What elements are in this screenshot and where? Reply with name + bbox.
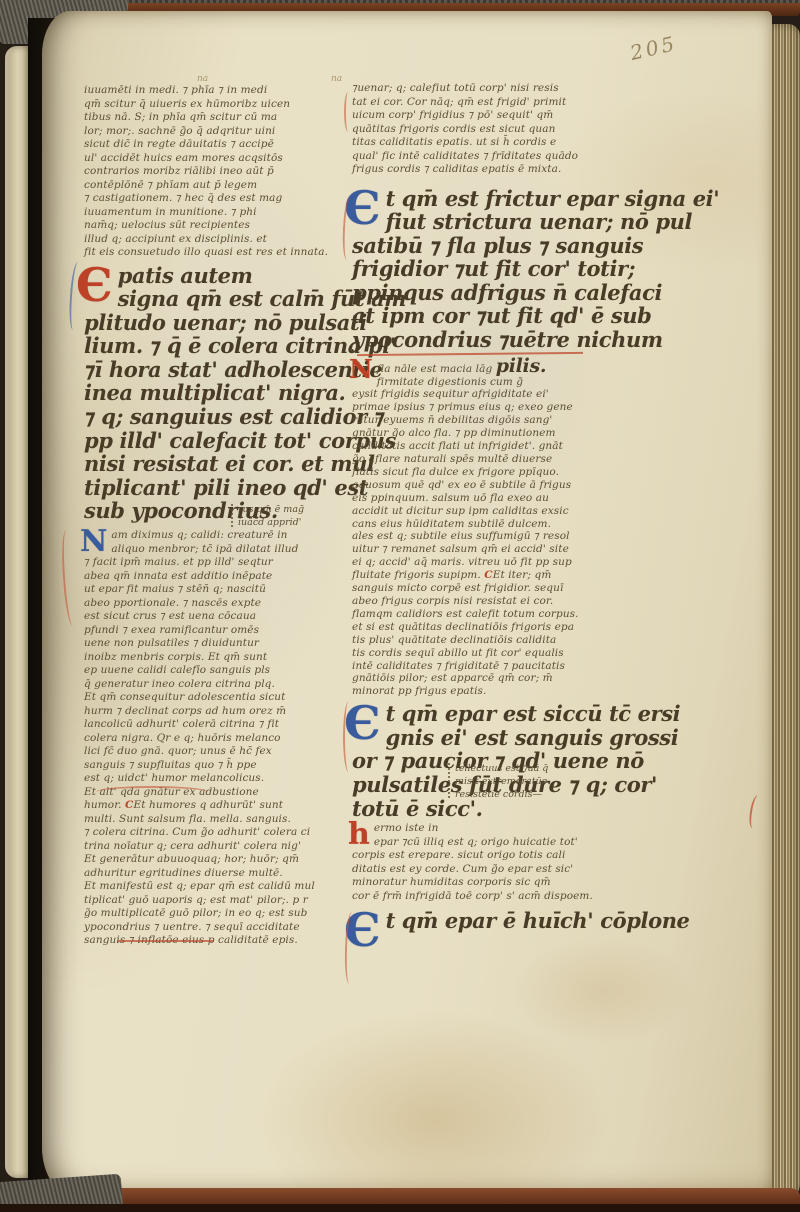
text-block-left-2: Є patis autemsigna qm̄ est calm̄ fūt amp… [84,264,352,524]
manuscript-text-line: ⁊ castigationem. ⁊ hec q̄ des est mag [84,192,352,206]
text-lines: ermo iste inepar ⁊cū illiq est q; origo … [352,822,644,903]
manuscript-text-line: intē caliditates ⁊ frigiditatē ⁊ paucita… [352,660,644,673]
manuscript-text-line: ditatis est ey corde. Cum g̃o epar est s… [352,863,644,877]
manuscript-text-line: aliquo menbror; tc̄ ipā dilatat illud [84,543,352,557]
manuscript-text-line: ⁊ colera citrina. Cum g̃o adhurit' coler… [84,826,352,840]
manuscript-text-line: t qm̄ epar ē huīch' cōplone [352,909,644,933]
manuscript-text-line: tiplicat' guō uaporis q; est mat' pilor;… [84,894,352,908]
manuscript-text-line: fit eis consuetudo illo quasi est res et… [84,246,352,260]
text-lines: patis autemsigna qm̄ est calm̄ fūt ampli… [84,264,352,524]
manuscript-text-line: plitudo uenar; nō pulsati [84,311,352,335]
manuscript-text-line: uene non pulsatiles ⁊ diuiduntur [84,637,352,651]
manuscript-text-line: ut epar fit maius ⁊ stēn̄ q; nascitū [84,583,352,597]
manuscript-text-line: caliditatis accit flati ut infrigidet'. … [352,440,644,453]
manuscript-text-line: corpis est erepare. sicut origo totis ca… [352,849,644,863]
manuscript-text-line: ales est q; subtile eius suffumigū ⁊ res… [352,530,644,543]
manuscript-text-line: contrarios moribz riālibi ineo aūt p̄ [84,165,352,179]
manuscript-text-line: signa qm̄ est calm̄ fūt am [84,287,352,311]
text-block-right-6: Є t qm̄ epar ē huīch' cōplone [352,909,644,933]
superscript-annotation: na [197,74,208,84]
manuscript-text-line: titas caliditatis epatis. ut si h̄ cordi… [352,136,644,150]
manuscript-text-line: iuuamēti in medi. ⁊ phīa ⁊ in medi [84,84,352,98]
text-fragment: fluitate frigoris supipm. [352,569,484,581]
manuscript-text-line: cans eius hūiditatem subtilē dulcem. [352,518,644,531]
manuscript-text-line: sanguis micto corpē est frigidior. sequī [352,582,644,595]
manuscript-text-line: satibū ⁊ fla plus ⁊ sanguis [352,234,644,258]
manuscript-text-line: quātitas frigoris cordis est sicut quan [352,123,644,137]
manuscript-text-line: hurm ⁊ declinat corps ad hum orez m̄ [84,705,352,719]
manuscript-text-line: eysit frigidis sequitur afrigiditate ei' [352,388,644,401]
text-block-right-3: N fla nāle est macia lāg pilis.firmitate… [352,360,644,699]
manuscript-text-line: iuuamentum in munitione. ⁊ phi [84,206,352,220]
illuminated-initial-red-H: h [348,823,370,848]
manuscript-text-line: ep uuene calidi calefīo sanguis pls [84,664,352,678]
manuscript-text-line: qual' fic intē caliditates ⁊ frīditates … [352,150,644,164]
text-fragment: humor. [84,799,125,811]
manuscript-text-line: g̃o multiplicatē guō pilor; in eo q; est… [84,907,352,921]
manuscript-text-line: inoibz menbris corpis. Et qm̄ sunt [84,651,352,665]
fore-edge-page-stack [768,24,800,1200]
text-block-left-1: iuuamēti in medi. ⁊ phīa ⁊ in mediqm̄ sc… [84,84,352,260]
manuscript-text-line: est sicut crus ⁊ est uena cōcaua [84,610,352,624]
manuscript-text-line: illud q; accipiunt ex disciplinis. et [84,233,352,247]
manuscript-text-line: sicut dic̄ in regte dāuitatis ⁊ accipē [84,138,352,152]
manuscript-text-line: accidit ut dicitur sup ipm caliditas exs… [352,505,644,518]
manuscript-text-line: inea multiplicat' nigra. [84,381,352,405]
manuscript-text-line: cor ē frm̄ infrigidā toē corp' s' acm̄ d… [352,890,644,904]
manuscript-text-line: fla nāle est macia lāg pilis. [352,360,644,376]
manuscript-text-line: q̄ generatur ineo colera citrina plq. [84,678,352,692]
manuscript-text-line: ⁊uenar; q; calefiut totū corp' nisi resi… [352,82,644,96]
manuscript-text-line: et si est quātitas declinatiōis frigoris… [352,621,644,634]
manuscript-text-line: tiplicant' pili ineo qd' est [84,476,352,500]
manuscript-text-line: nisi resistat ei cor. et mul [84,452,352,476]
manuscript-text-line: ei q; accid' aq̄ maris. vitreu uō fit pp… [352,556,644,569]
manuscript-text-line: firmitate digestionis cum g̃ [352,376,644,389]
text-block-right-5: h ermo iste inepar ⁊cū illiq est q; orig… [352,822,644,903]
rubric-underline [118,940,214,942]
manuscript-text-line: t qm̄ est frictur epar signa ei' [352,187,644,211]
text-block-left-3: N am diximus q; calidi: creaturē inaliqu… [84,529,352,948]
manuscript-text-line: colera nigra. Qr e q; huōris melanco [84,732,352,746]
manuscript-text-line: misit extremoratūe [455,775,625,788]
text-lines: t qm̄ est frictur epar signa ei'fiut str… [352,187,644,352]
manuscript-text-line: lor; mor;. sachnē g̃o q̄ adqritur uini [84,125,352,139]
manuscript-text-line: sanguis ⁊ supfluitas quo ⁊ h̄ ppe [84,759,352,773]
capitulum-mark: C [125,799,133,811]
manuscript-text-line: multi. Sunt salsum fla. mella. sanguis. [84,813,352,827]
capitulum-mark: C [484,569,492,581]
text-lines: tellectuus est ⁊uā q̄misit extremoratūer… [455,762,625,801]
manuscript-text-line: frigus cordis ⁊ caliditas epatis ē mixta… [352,163,644,177]
manuscript-text-line: lium. ⁊ q̄ ē colera citrina pl' [84,334,352,358]
illuminated-initial-red-N: N [349,360,373,381]
manuscript-text-line: abeo pportionale. ⁊ nascēs expte [84,597,352,611]
manuscript-text-line: frigidior ⁊ut fit cor' totir; [352,257,644,281]
right-text-column: ⁊uenar; q; calefiut totū corp' nisi resi… [352,82,644,950]
text-fragment: Et iter; qm̄ [493,569,552,581]
manuscript-text-line: Et manifestū est q; epar qm̄ est calidū … [84,880,352,894]
manuscript-text-line: iuāc̄d apprid' [238,516,356,529]
text-lines: fla nāle est macia lāg pilis.firmitate d… [352,360,644,699]
text-lines: iuuamēti in medi. ⁊ phīa ⁊ in mediqm̄ sc… [84,84,352,260]
emphasized-word: pilis. [496,355,546,377]
manuscript-text-line: tat ei cor. Cor nāq; qm̄ est frigid' pri… [352,96,644,110]
text-block-right-2: Є t qm̄ est frictur epar signa ei'fiut s… [352,187,644,352]
manuscript-text-line: uitur ⁊ remanet salsum qm̄ ei accid' sit… [352,543,644,556]
superscript-annotation: na [331,74,342,84]
manuscript-text-line: ypocondrius ⁊ uentre. ⁊ sequī acciditate [84,921,352,935]
manuscript-text-line: tis plus' quātitate declinatiōis calidit… [352,634,644,647]
pen-flourish-red [344,92,352,132]
manuscript-text-line: flatis sicut fla dulce ex frigore ppīquo… [352,466,644,479]
manuscript-text-line: nam̄q; uelocius sūt recipientes [84,219,352,233]
manuscript-text-line: g̃o aflare naturali spēs multē diuerse [352,453,644,466]
manuscript-text-line: ⁊ī hora stat' adholescentie [84,358,352,382]
manuscript-text-line: at ipm cor ⁊ut fit qd' ē sub [352,304,644,328]
manuscript-text-line: fiut strictura uenar; nō pul [352,210,644,234]
manuscript-text-line: trina noīatur q; cera adhurit' colera ni… [84,840,352,854]
manuscript-text-line: pfundi ⁊ exea ramificantur omēs [84,624,352,638]
manuscript-text-line: tis cordis sequī abillo ut fit cor' equa… [352,647,644,660]
manuscript-text-line: abea qm̄ innata est additio inēpate [84,570,352,584]
manuscript-text-line: contēplōnē ⁊ phīam aut p̄ legem [84,179,352,193]
rubric-swash [96,786,208,798]
manuscript-text-line: qm̄ scitur q̄ uiueris ex hūmoribz uicen [84,98,352,112]
manuscript-text-line: ul' accidēt huics eam mores acqsitōs [84,152,352,166]
manuscript-text-line: ppinqus adfrigus n̄ calefaci [352,281,644,305]
manuscript-text-line: epar ⁊cū illiq est q; origo huicatie tot… [352,836,644,850]
manuscript-text-line: minoratur humiditas corporis sic qm̄ [352,876,644,890]
manuscript-text-line: ermo iste in [352,822,644,836]
marginal-note: rus qm̄ ē mag̃iuāc̄d apprid' [238,503,356,529]
manuscript-text-line: ratur eyuems n̄ debilitas digōis sang' [352,414,644,427]
manuscript-text-line: flamqm calidiors est calefit totum corpu… [352,608,644,621]
manuscript-text-line: ypocondrius ⁊uētre nichum [352,328,644,352]
manuscript-text-line: Et generātur abuuoquaq; hor; huōr; qm̄ [84,853,352,867]
manuscript-text-line: tellectuus est ⁊uā q̄ [455,762,625,775]
manuscript-text-line: pp illd' calefacit tot' corpus [84,429,352,453]
bottom-shadow [0,1204,800,1212]
illuminated-initial-blue-N: N [80,530,107,555]
manuscript-text-line: gnātur g̃o alco fla. ⁊ pp diminutionem [352,427,644,440]
text-lines: am diximus q; calidi: creaturē inaliquo … [84,529,352,948]
manuscript-text-line: ⁊ q; sanguius est calidior ⁊ [84,405,352,429]
text-lines: rus qm̄ ē mag̃iuāc̄d apprid' [238,503,356,529]
manuscript-photo: 205 na na iuuamēti in medi. ⁊ phīa ⁊ in … [0,0,800,1212]
manuscript-text-line: t qm̄ epar est siccū tc̄ ersi [352,702,644,726]
manuscript-text-line: humor. CEt humores q adhurūt' sunt [84,799,352,813]
manuscript-text-line: tibus nā. S; in phīa qm̄ scitur cū ma [84,111,352,125]
manuscript-text-line: am diximus q; calidi: creaturē in [84,529,352,543]
manuscript-text-line: Et qm̄ consequitur adolescentia sicut [84,691,352,705]
manuscript-text-line: est q; uidct' humor melancolicus. [84,772,352,786]
manuscript-text-line: lici fc̄ duo gnā. quor; unus ē hc̄ fex [84,745,352,759]
text-fragment: Et humores q adhurūt' sunt [134,799,284,811]
manuscript-text-line: fluitate frigoris supipm. CEt iter; qm̄ [352,569,644,582]
manuscript-text-line: ⁊ facit ipm̄ maius. et pp illd' seqtur [84,556,352,570]
manuscript-text-line: patis autem [84,264,352,288]
manuscript-text-line: resistētie cordis— [455,788,625,801]
manuscript-text-line: abeo frigus corpis nisi resistat ei cor. [352,595,644,608]
manuscript-text-line: primae ipsius ⁊ primus eius q; exeo gene [352,401,644,414]
text-block-right-1: ⁊uenar; q; calefiut totū corp' nisi resi… [352,82,644,177]
manuscript-text-line: eis ppinquum. salsum uō fla exeo au [352,492,644,505]
manuscript-text-line: rus qm̄ ē mag̃ [238,503,356,516]
manuscript-text-line: uicum corp' frigidius ⁊ pō' sequit' qm̄ [352,109,644,123]
marginal-note: tellectuus est ⁊uā q̄misit extremoratūer… [455,762,625,801]
pen-flourish-red [343,702,354,772]
manuscript-text-line: aquosum quē qd' ex eo ē subtile ā frigus [352,479,644,492]
manuscript-text-line: gnis ei' est sanguis grossi [352,726,644,750]
manuscript-text-line: lancolicū adhurit' colerā citrina ⁊ fit [84,718,352,732]
manuscript-text-line: minorat pp frigus epatis. [352,685,644,698]
text-fragment: fla nāle est macia lāg [377,363,496,375]
text-lines: t qm̄ epar ē huīch' cōplone [352,909,644,933]
manuscript-text-line: adhuritur egritudines diuerse multē. [84,867,352,881]
manuscript-text-line: gnātiōis pilor; est apparcē qm̄ cor; m̄ [352,672,644,685]
text-lines: ⁊uenar; q; calefiut totū corp' nisi resi… [352,82,644,177]
